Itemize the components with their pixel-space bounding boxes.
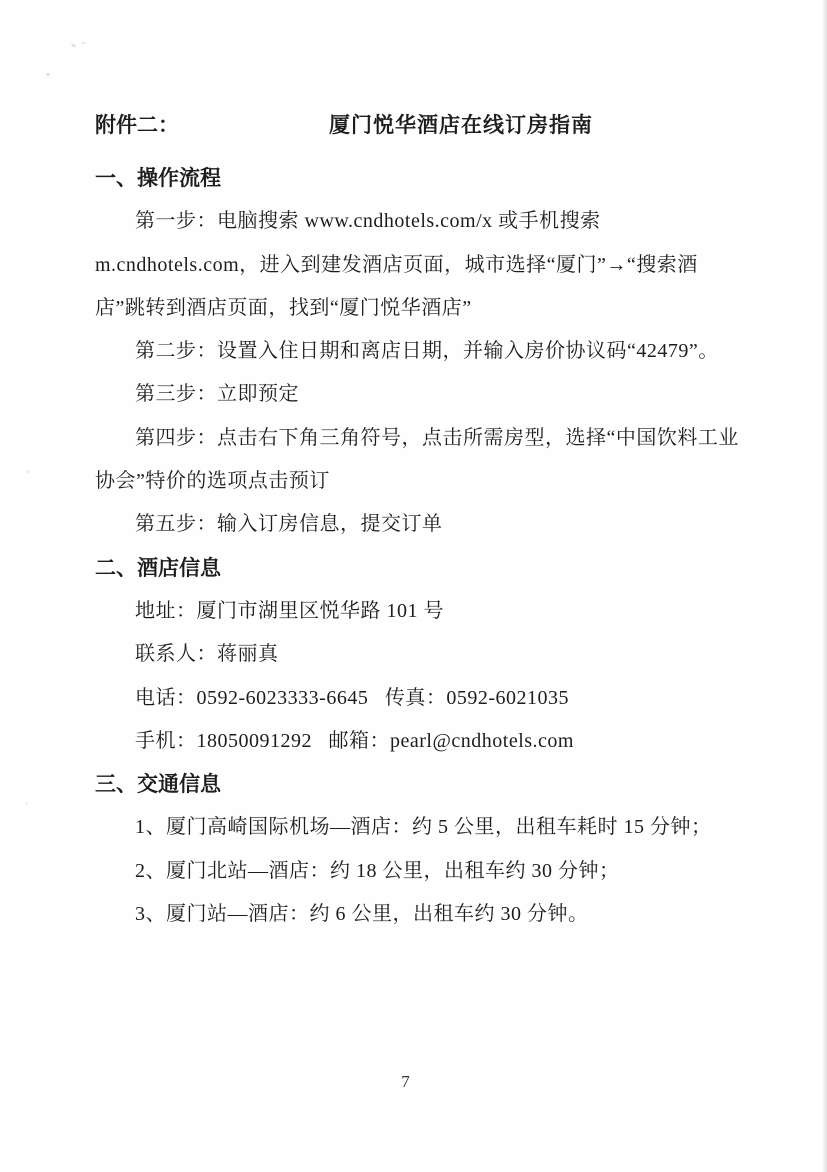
scan-edge-shadow	[822, 0, 827, 1172]
scan-artifact	[71, 43, 77, 48]
section-heading-hotel-info: 二、酒店信息	[95, 547, 743, 590]
document-content: 附件二： 厦门悦华酒店在线订房指南 一、操作流程 第一步：电脑搜索 www.cn…	[95, 104, 743, 936]
section-heading-operation-process: 一、操作流程	[95, 157, 743, 200]
paragraph-transport-2: 2、厦门北站—酒店：约 18 公里，出租车约 30 分钟；	[95, 850, 743, 893]
scan-artifact	[46, 73, 50, 76]
document-page: 附件二： 厦门悦华酒店在线订房指南 一、操作流程 第一步：电脑搜索 www.cn…	[0, 0, 827, 1172]
attachment-label: 附件二：	[95, 104, 179, 147]
title-line: 附件二： 厦门悦华酒店在线订房指南	[95, 104, 743, 147]
paragraph-step-1: 第一步：电脑搜索 www.cndhotels.com/x 或手机搜索 m.cnd…	[95, 200, 743, 330]
paragraph-step-5: 第五步：输入订房信息，提交订单	[95, 503, 743, 546]
paragraph-step-4: 第四步：点击右下角三角符号，点击所需房型，选择“中国饮料工业协会”特价的选项点击…	[95, 417, 743, 504]
paragraph-phone-fax: 电话：0592-6023333-6645 传真：0592-6021035	[95, 677, 743, 720]
section-heading-transport-info: 三、交通信息	[95, 763, 743, 806]
paragraph-step-3: 第三步：立即预定	[95, 373, 743, 416]
scan-artifact	[27, 470, 30, 473]
scan-artifact	[82, 42, 85, 44]
document-title: 厦门悦华酒店在线订房指南	[179, 104, 743, 147]
paragraph-address: 地址：厦门市湖里区悦华路 101 号	[95, 590, 743, 633]
paragraph-mobile-email: 手机：18050091292 邮箱：pearl@cndhotels.com	[95, 720, 743, 763]
paragraph-transport-1: 1、厦门高崎国际机场—酒店：约 5 公里，出租车耗时 15 分钟；	[95, 806, 743, 849]
paragraph-contact: 联系人：蒋丽真	[95, 633, 743, 676]
page-number: 7	[0, 1072, 819, 1092]
scan-artifact	[25, 802, 28, 805]
paragraph-step-2: 第二步：设置入住日期和离店日期，并输入房价协议码“42479”。	[95, 330, 743, 373]
paragraph-transport-3: 3、厦门站—酒店：约 6 公里，出租车约 30 分钟。	[95, 893, 743, 936]
